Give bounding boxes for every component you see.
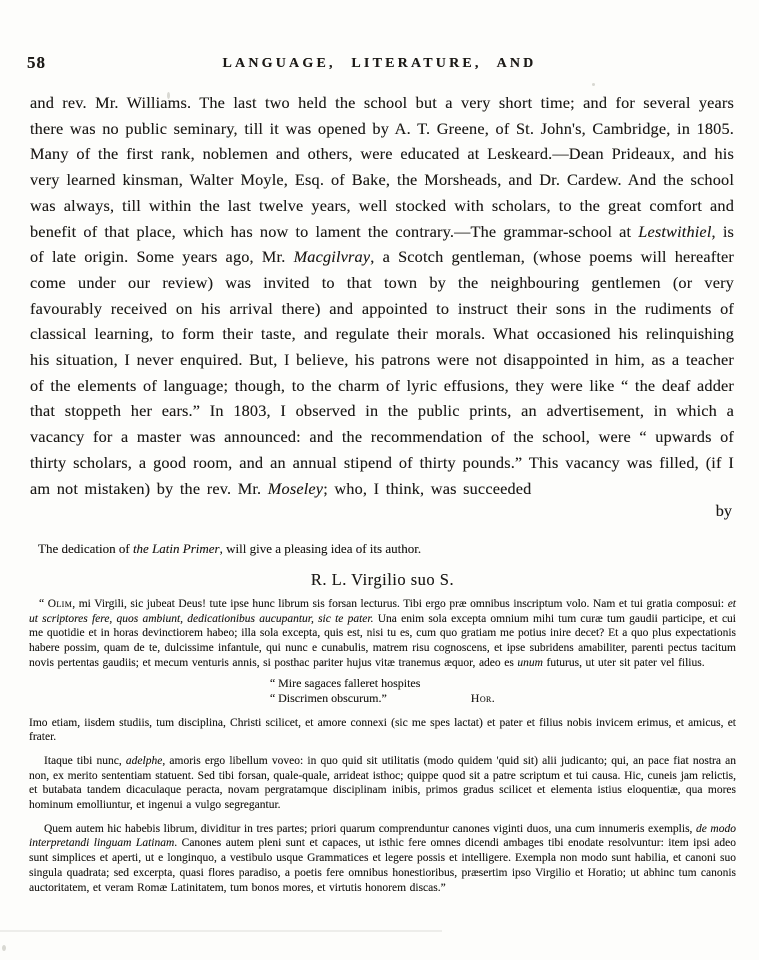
text-segment: Olim bbox=[48, 598, 73, 610]
verse-line-2-row: “ Discrimen obscurum.”Hor. bbox=[270, 691, 495, 707]
text-segment: , mi Virgili, sic jubeat Deus! tute ipse… bbox=[72, 598, 727, 610]
dedication-paragraph-1: “ Olim, mi Virgili, sic jubeat Deus! tut… bbox=[29, 597, 736, 671]
text-segment: futurus, ut uter sit pater vel filius. bbox=[543, 657, 705, 669]
scan-artifact-band bbox=[0, 930, 442, 932]
catchword: by bbox=[30, 501, 734, 521]
scan-speck bbox=[2, 945, 6, 951]
dedication-paragraph-4: Quem autem hic habebis librum, dividitur… bbox=[29, 822, 736, 896]
dedication-paragraph-2: Imo etiam, iisdem studiis, tum disciplin… bbox=[29, 716, 736, 745]
text-segment: , will give a pleasing idea of its autho… bbox=[220, 541, 421, 556]
verse-line-1: “ Mire sagaces falleret hospites bbox=[270, 676, 495, 692]
text-segment: Quem autem hic habebis librum, dividitur… bbox=[44, 823, 696, 835]
running-header: LANGUAGE, LITERATURE, AND bbox=[0, 56, 759, 72]
scan-speck bbox=[592, 83, 595, 86]
text-segment: “ bbox=[39, 598, 48, 610]
dedication-paragraph-3: Itaque tibi nunc, adelphe, amoris ergo l… bbox=[29, 754, 736, 813]
text-segment: ; who, I think, was succeeded bbox=[323, 479, 531, 498]
text-segment: Moseley bbox=[268, 479, 323, 498]
verse-line-2: “ Discrimen obscurum.” bbox=[270, 691, 387, 705]
main-text-block: and rev. Mr. Williams. The last two held… bbox=[30, 90, 734, 521]
book-page: 58 LANGUAGE, LITERATURE, AND and rev. Mr… bbox=[0, 0, 759, 960]
text-segment: unum bbox=[517, 657, 543, 669]
text-segment: The dedication of bbox=[38, 541, 133, 556]
text-segment: Lestwithiel bbox=[638, 222, 711, 241]
text-segment: adelphe bbox=[126, 755, 162, 767]
text-segment: and rev. Mr. Williams. The last two held… bbox=[30, 93, 734, 241]
text-segment: Macgilvray bbox=[294, 247, 371, 266]
verse-quote: “ Mire sagaces falleret hospites “ Discr… bbox=[29, 676, 736, 707]
text-segment: Itaque tibi nunc, bbox=[44, 755, 126, 767]
dedication-note: The dedication of the Latin Primer, will… bbox=[29, 541, 736, 557]
dedication-section: The dedication of the Latin Primer, will… bbox=[29, 541, 736, 895]
verse-attribution: Hor. bbox=[471, 691, 495, 705]
text-segment: Imo etiam, iisdem studiis, tum disciplin… bbox=[29, 717, 736, 744]
text-segment: the Latin Primer bbox=[133, 541, 220, 556]
body-paragraph: and rev. Mr. Williams. The last two held… bbox=[30, 90, 734, 501]
text-segment: , a Scotch gentleman, (whose poems will … bbox=[30, 247, 734, 497]
dedication-heading: R. L. Virgilio suo S. bbox=[29, 570, 736, 590]
verse-lines: “ Mire sagaces falleret hospites “ Discr… bbox=[270, 676, 495, 707]
scan-speck bbox=[167, 92, 170, 99]
